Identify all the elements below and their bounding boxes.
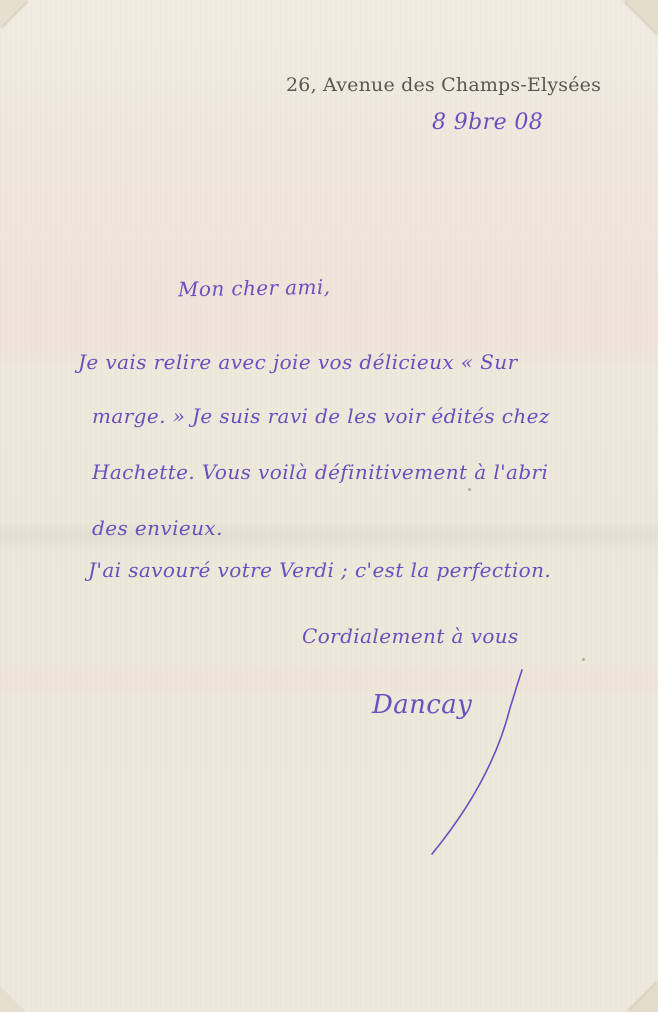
body-line: J'ai savouré votre Verdi ; c'est la perf… [88,558,551,582]
folded-corner-top-right [624,0,658,34]
folded-corner-top-left [0,0,28,28]
letterhead-address: 26, Avenue des Champs-Elysées [286,74,601,96]
closing: Cordialement à vous [302,624,519,648]
body-line: Je vais relire avec joie vos délicieux «… [78,350,518,374]
folded-corner-bottom-right [628,982,658,1012]
ink-speck [582,658,585,661]
folded-corner-bottom-left [0,986,26,1012]
ink-speck [468,488,471,491]
body-line: marge. » Je suis ravi de les voir édités… [92,404,550,428]
letter-sheet: 26, Avenue des Champs-Elysées 8 9bre 08 … [0,0,658,1012]
signature: Dancay [372,690,472,720]
body-line: des envieux. [92,516,223,540]
body-line: Hachette. Vous voilà définitivement à l'… [92,460,548,484]
letter-date: 8 9bre 08 [432,110,543,135]
salutation: Mon cher ami, [178,275,331,302]
